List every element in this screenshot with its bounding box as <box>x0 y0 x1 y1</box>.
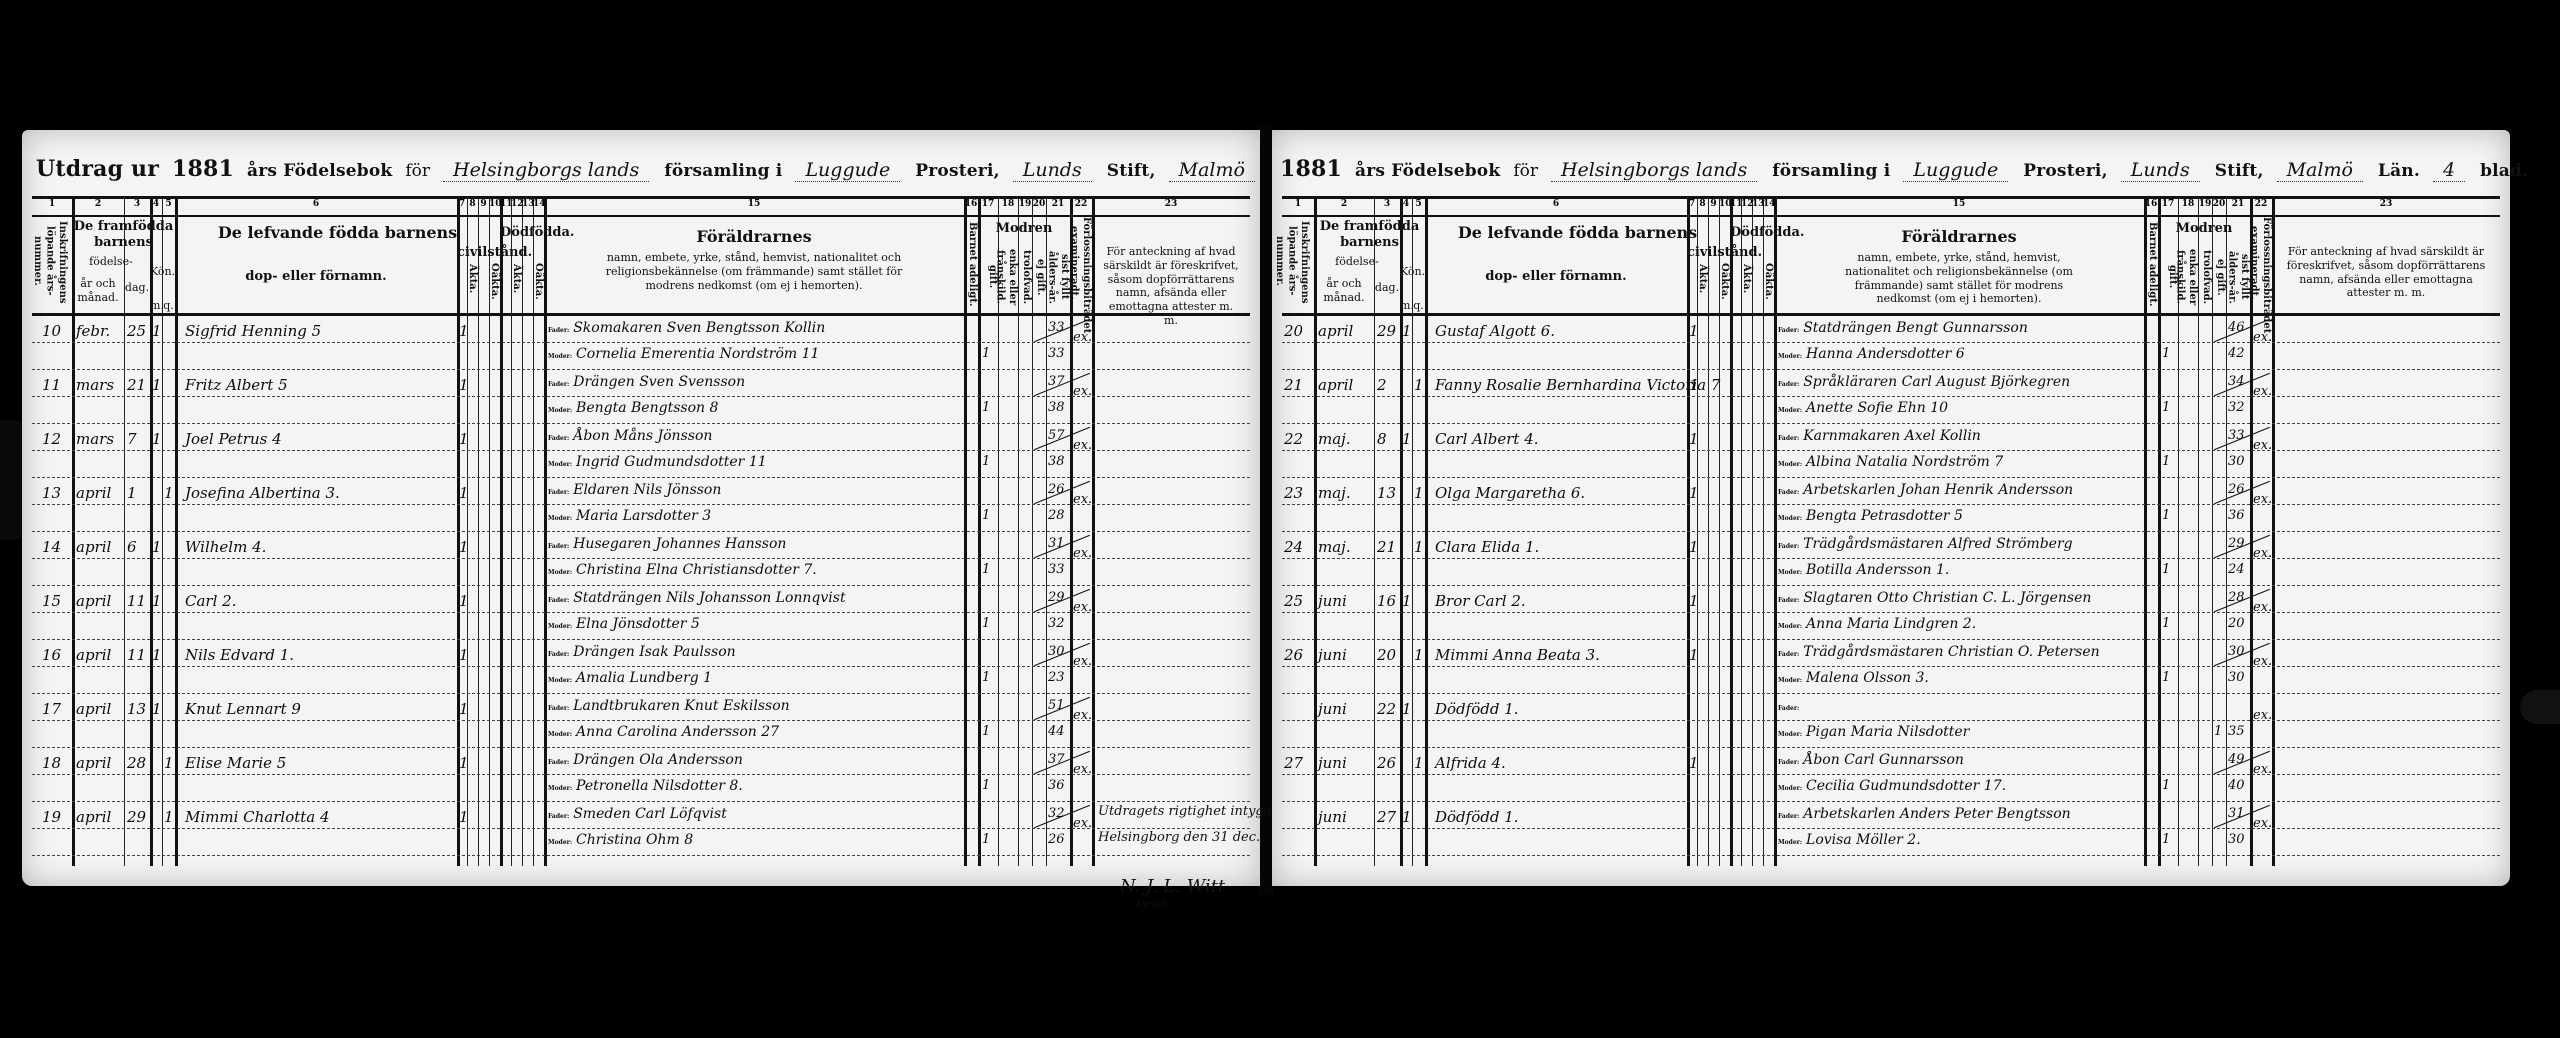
father-name: Slagtaren Otto Christian C. L. Jörgensen <box>1803 590 2091 606</box>
mother-entry: Moder:Bengta Petrasdotter 5 <box>1778 508 1963 524</box>
table-row: juni271Dödfödd 1.Fader:Arbetskarlen Ande… <box>1282 802 2500 856</box>
diocese-name: Lunds <box>1013 159 1092 182</box>
entry-number: 21 <box>1284 376 1303 394</box>
column-number: 21 <box>1046 199 1070 209</box>
entry-number: 22 <box>1284 430 1303 448</box>
sex-marker: 1 <box>1414 376 1424 394</box>
column-number: 5 <box>162 199 175 209</box>
column-number: 11 <box>500 199 511 209</box>
mother-age: 40 <box>2228 778 2245 793</box>
table-row: 22maj.81Carl Albert 4.1Fader:Karnmakaren… <box>1282 424 2500 478</box>
father-entry: Fader:Statdrängen Bengt Gunnarsson <box>1778 320 2028 336</box>
register-table: 1234567891011121314151617181920212223Ins… <box>32 196 1250 866</box>
married-marker: 1 <box>2162 562 2170 577</box>
mother-age: 20 <box>2228 616 2245 631</box>
child-name: Joel Petrus 4 <box>185 430 282 448</box>
entry-number: 23 <box>1284 484 1303 502</box>
county-name: Malmö <box>2277 159 2363 182</box>
column-header: Inskrifningens löpande års-nummer.De fra… <box>1282 215 2500 316</box>
column-number: 7 <box>1687 199 1697 209</box>
sex-marker: 1 <box>1414 484 1424 502</box>
mother-age: 35 <box>2228 724 2245 739</box>
father-entry: Fader:Karnmakaren Axel Kollin <box>1778 428 1981 444</box>
utdrag-label: Utdrag ur <box>36 156 159 182</box>
county-name: Malmö <box>1169 159 1255 182</box>
row-rule <box>32 558 1250 559</box>
father-tag: Fader: <box>548 705 569 712</box>
table-row: 25juni161Bror Carl 2.1Fader:Slagtaren Ot… <box>1282 586 2500 640</box>
birth-day: 28 <box>127 754 146 772</box>
header-parents-desc: namn, embete, yrke, stånd, hemvist, nati… <box>1834 251 2084 306</box>
header-entry-number: Inskrifningens löpande års-nummer. <box>36 221 68 301</box>
mother-name: Petronella Nilsdotter 8. <box>576 778 743 794</box>
birth-day: 20 <box>1377 646 1396 664</box>
column-number: 7 <box>457 199 467 209</box>
midwife-exam: ex. <box>2253 438 2272 453</box>
father-name: Språkläraren Carl August Björkegren <box>1803 374 2070 390</box>
mother-tag: Moder: <box>1778 731 1802 738</box>
mother-tag: Moder: <box>1778 623 1802 630</box>
mother-tag: Moder: <box>548 461 572 468</box>
header-year-month: år och månad. <box>72 277 124 305</box>
legitimate-marker: 1 <box>459 376 469 394</box>
father-entry: Fader:Smeden Carl Löfqvist <box>548 806 727 822</box>
table-row: 16april111Nils Edvard 1.1Fader:Drängen I… <box>32 640 1250 694</box>
child-name: Knut Lennart 9 <box>185 700 301 718</box>
table-row: 14april61Wilhelm 4.1Fader:Husegaren Joha… <box>32 532 1250 586</box>
column-number: 9 <box>478 199 489 209</box>
entry-number: 16 <box>42 646 61 664</box>
father-tag: Fader: <box>1778 813 1799 820</box>
table-row: 11mars211Fritz Albert 51Fader:Drängen Sv… <box>32 370 1250 424</box>
header-mother-status: enka eller frånskild. <box>998 245 1018 309</box>
mother-name: Cornelia Emerentia Nordström 11 <box>576 346 819 362</box>
stift-label: Stift, <box>2215 161 2264 181</box>
header-birth: födelse- <box>72 255 150 269</box>
year: 1881 <box>172 156 234 182</box>
father-tag: Fader: <box>1778 651 1799 658</box>
column-number: 20 <box>1032 199 1046 209</box>
father-tag: Fader: <box>1778 381 1799 388</box>
header-legitimacy: Äkta. <box>1687 263 1708 295</box>
column-number: 4 <box>150 199 162 209</box>
page-title: Utdrag ur 1881 års Födelsebok för Helsin… <box>36 156 1250 192</box>
father-tag: Fader: <box>1778 705 1799 712</box>
row-rule <box>1282 558 2500 559</box>
mother-tag: Moder: <box>548 353 572 360</box>
sex-marker: 1 <box>152 700 162 718</box>
child-name: Carl 2. <box>185 592 236 610</box>
mother-name: Bengta Bengtsson 8 <box>576 400 718 416</box>
midwife-exam: ex. <box>2253 384 2272 399</box>
entry-number: 12 <box>42 430 61 448</box>
header-mother-status: ej gift. <box>1032 245 1046 309</box>
father-entry: Fader:Åbon Carl Gunnarsson <box>1778 752 1964 768</box>
child-name: Dödfödd 1. <box>1435 700 1519 718</box>
header-given-name: dop- eller förnamn. <box>1425 269 1687 285</box>
mother-entry: Moder:Christina Elna Christiansdotter 7. <box>548 562 817 578</box>
child-name: Mimmi Anna Beata 3. <box>1435 646 1600 664</box>
mother-entry: Moder:Hanna Andersdotter 6 <box>1778 346 1965 362</box>
column-number: 2 <box>72 199 124 209</box>
forsamling-label: församling i <box>664 161 782 181</box>
married-marker: 1 <box>2162 616 2170 631</box>
father-name: Statdrängen Bengt Gunnarsson <box>1803 320 2028 336</box>
mother-name: Albina Natalia Nordström 7 <box>1806 454 2003 470</box>
header-female: q. <box>1412 299 1425 313</box>
father-name: Arbetskarlen Anders Peter Bengtsson <box>1803 806 2070 822</box>
entry-number: 14 <box>42 538 61 556</box>
father-name: Drängen Isak Paulsson <box>573 644 735 660</box>
header-mother-status: trolofvad. <box>1018 245 1032 309</box>
legitimate-marker: 1 <box>1689 754 1699 772</box>
birth-day: 6 <box>127 538 137 556</box>
mother-entry: Moder:Anna Carolina Andersson 27 <box>548 724 779 740</box>
header-legitimacy: Oäkta. <box>1708 263 1730 295</box>
header-day: dag. <box>1374 281 1400 295</box>
row-rule <box>32 450 1250 451</box>
married-marker: 1 <box>2162 832 2170 847</box>
header-live-born: De lefvande födda barnens <box>175 223 500 243</box>
mother-name: Malena Olsson 3. <box>1806 670 1929 686</box>
father-name: Drängen Sven Svensson <box>573 374 745 390</box>
mother-age: 32 <box>2228 400 2245 415</box>
header-legitimacy: Oäkta. <box>478 263 500 295</box>
sex-marker: 1 <box>152 538 162 556</box>
header-parents: Föräldrarnes <box>1774 227 2144 247</box>
mother-name: Elna Jönsdotter 5 <box>576 616 700 632</box>
row-rule <box>32 774 1250 775</box>
entry-number: 19 <box>42 808 61 826</box>
row-rule <box>1282 342 2500 343</box>
row-rule <box>32 720 1250 721</box>
header-legitimacy: Oäkta. <box>522 263 544 295</box>
birth-day: 29 <box>1377 322 1396 340</box>
midwife-exam: ex. <box>2253 600 2272 615</box>
father-entry: Fader: <box>1778 698 1803 714</box>
header-legitimacy: Äkta. <box>457 263 478 295</box>
father-name: Landtbrukaren Knut Eskilsson <box>573 698 789 714</box>
entry-number: 13 <box>42 484 61 502</box>
father-name: Eldaren Nils Jönsson <box>573 482 721 498</box>
prosteri-label: Prosteri, <box>915 161 999 181</box>
column-number: 14 <box>1763 199 1774 209</box>
header-civil-status: civilstånd. <box>457 245 500 261</box>
sex-marker: 1 <box>1402 700 1412 718</box>
father-name: Statdrängen Nils Johansson Lonnqvist <box>573 590 845 606</box>
entry-number: 20 <box>1284 322 1303 340</box>
column-number: 6 <box>1425 199 1687 209</box>
father-entry: Fader:Drängen Ola Andersson <box>548 752 743 768</box>
header-notes: För anteckning af hvad särskildt är före… <box>2282 245 2490 300</box>
header-noble: Barnet adeligt. <box>964 219 978 309</box>
header-live-born: De lefvande födda barnens <box>1425 223 1730 243</box>
birth-day: 21 <box>127 376 146 394</box>
married-marker: 1 <box>2162 346 2170 361</box>
father-tag: Fader: <box>548 489 569 496</box>
mother-age: 42 <box>2228 346 2245 361</box>
column-number: 23 <box>1092 199 1250 209</box>
mother-age: 23 <box>1048 670 1065 685</box>
header-mother: Modren <box>2158 221 2250 237</box>
sex-marker: 1 <box>152 646 162 664</box>
birth-day: 11 <box>127 592 146 610</box>
header-midwife: Förlossningsbiträdet examineradt. <box>1070 217 1092 309</box>
mother-entry: Moder:Cecilia Gudmundsdotter 17. <box>1778 778 2006 794</box>
mother-name: Cecilia Gudmundsdotter 17. <box>1806 778 2006 794</box>
mother-age: 30 <box>2228 670 2245 685</box>
row-rule <box>32 342 1250 343</box>
mother-name: Lovisa Möller 2. <box>1806 832 1921 848</box>
left-page: Utdrag ur 1881 års Födelsebok för Helsin… <box>22 130 1260 886</box>
legitimate-marker: 1 <box>459 538 469 556</box>
birth-day: 1 <box>127 484 137 502</box>
header-mother-status: enka eller frånskild. <box>2178 245 2198 309</box>
legitimate-marker: 1 <box>459 430 469 448</box>
child-name: Gustaf Algott 6. <box>1435 322 1555 340</box>
header-male: m. <box>1400 299 1412 313</box>
table-row: 13april11Josefina Albertina 3.1Fader:Eld… <box>32 478 1250 532</box>
midwife-exam: ex. <box>2253 330 2272 345</box>
father-tag: Fader: <box>548 381 569 388</box>
father-name: Drängen Ola Andersson <box>573 752 743 768</box>
forsamling-label: församling i <box>1772 161 1890 181</box>
mother-entry: Moder:Ingrid Gudmundsdotter 11 <box>548 454 767 470</box>
mother-name: Maria Larsdotter 3 <box>576 508 711 524</box>
mother-age: 33 <box>1048 346 1065 361</box>
birth-month: maj. <box>1318 538 1351 556</box>
column-number: 12 <box>511 199 522 209</box>
table-row: 10febr.251Sigfrid Henning 51Fader:Skomak… <box>32 316 1250 370</box>
birth-day: 21 <box>1377 538 1396 556</box>
deanery-name: Luggude <box>795 159 900 182</box>
mother-age: 36 <box>1048 778 1065 793</box>
child-name: Fanny Rosalie Bernhardina Victoria 7 <box>1435 376 1720 394</box>
entry-number: 25 <box>1284 592 1303 610</box>
column-number: 18 <box>998 199 1018 209</box>
legitimate-marker: 1 <box>1689 646 1699 664</box>
table-row: 27juni261Alfrida 4.1Fader:Åbon Carl Gunn… <box>1282 748 2500 802</box>
header-born-children: De framfödda barnens <box>1314 219 1425 252</box>
signature-title: Kyrkoh. <box>1136 900 1171 910</box>
mother-name: Anna Carolina Andersson 27 <box>576 724 779 740</box>
column-number: 8 <box>1697 199 1708 209</box>
midwife-exam: ex. <box>1073 384 1092 399</box>
mother-entry: Moder:Christina Ohm 8 <box>548 832 693 848</box>
header-legitimacy: Oäkta. <box>1752 263 1774 295</box>
mother-entry: Moder:Petronella Nilsdotter 8. <box>548 778 743 794</box>
mother-age: 38 <box>1048 454 1065 469</box>
father-name: Trädgårdsmästaren Alfred Strömberg <box>1803 536 2072 552</box>
mother-name: Bengta Petrasdotter 5 <box>1806 508 1963 524</box>
legitimate-marker: 1 <box>1689 430 1699 448</box>
father-entry: Fader:Språkläraren Carl August Björkegre… <box>1778 374 2070 390</box>
row-rule <box>32 504 1250 505</box>
sex-marker: 1 <box>1402 592 1412 610</box>
column-number: 16 <box>2144 199 2158 209</box>
mother-age: 30 <box>2228 454 2245 469</box>
child-name: Wilhelm 4. <box>185 538 266 556</box>
entry-number: 24 <box>1284 538 1303 556</box>
midwife-exam: ex. <box>2253 762 2272 777</box>
midwife-exam: ex. <box>2253 816 2272 831</box>
legitimate-marker: 1 <box>459 322 469 340</box>
column-number: 15 <box>1774 199 2144 209</box>
header-mother-status: ej gift. <box>2212 245 2226 309</box>
midwife-exam: ex. <box>1073 708 1092 723</box>
sheet-number: 4 <box>2433 159 2465 182</box>
certification-line-2: Helsingborg den 31 dec. <box>1098 830 1260 845</box>
child-name: Bror Carl 2. <box>1435 592 1526 610</box>
prosteri-label: Prosteri, <box>2023 161 2107 181</box>
birth-month: juni <box>1318 754 1347 772</box>
father-tag: Fader: <box>1778 435 1799 442</box>
legitimate-marker: 1 <box>459 700 469 718</box>
midwife-exam: ex. <box>2253 708 2272 723</box>
sex-marker: 1 <box>1414 754 1424 772</box>
father-entry: Fader:Statdrängen Nils Johansson Lonnqvi… <box>548 590 846 606</box>
table-row: 21april21Fanny Rosalie Bernhardina Victo… <box>1282 370 2500 424</box>
column-number: 10 <box>489 199 500 209</box>
mother-entry: Moder:Anette Sofie Ehn 10 <box>1778 400 1948 416</box>
married-marker: 1 <box>2162 400 2170 415</box>
father-entry: Fader:Skomakaren Sven Bengtsson Kollin <box>548 320 825 336</box>
father-entry: Fader:Arbetskarlen Anders Peter Bengtsso… <box>1778 806 2071 822</box>
child-name: Sigfrid Henning 5 <box>185 322 321 340</box>
father-tag: Fader: <box>548 435 569 442</box>
row-rule <box>1282 855 2500 856</box>
stift-label: Stift, <box>1107 161 1156 181</box>
table-row: 23maj.131Olga Margaretha 6.1Fader:Arbets… <box>1282 478 2500 532</box>
legitimate-marker: 1 <box>1689 376 1699 394</box>
column-number: 1 <box>1282 199 1314 209</box>
birth-month: maj. <box>1318 430 1351 448</box>
header-male: m. <box>150 299 162 313</box>
birth-month: april <box>76 592 111 610</box>
legitimate-marker: 1 <box>459 592 469 610</box>
register-table: 1234567891011121314151617181920212223Ins… <box>1282 196 2500 866</box>
sex-marker: 1 <box>1402 430 1412 448</box>
midwife-exam: ex. <box>1073 438 1092 453</box>
column-number: 11 <box>1730 199 1741 209</box>
certification-line-1: Utdragets rigtighet intyga <box>1098 804 1272 819</box>
birth-month: juni <box>1318 808 1347 826</box>
mother-age: 26 <box>1048 832 1065 847</box>
row-rule <box>1282 666 2500 667</box>
mother-entry: Moder:Albina Natalia Nordström 7 <box>1778 454 2003 470</box>
mother-tag: Moder: <box>548 407 572 414</box>
mother-tag: Moder: <box>548 569 572 576</box>
midwife-exam: ex. <box>1073 330 1092 345</box>
father-entry: Fader:Åbon Måns Jönsson <box>548 428 712 444</box>
header-legitimacy: Äkta. <box>1730 263 1752 295</box>
blad-label: blad. <box>2480 161 2528 181</box>
parish-name: Helsingborgs lands <box>1551 159 1757 182</box>
birth-month: juni <box>1318 592 1347 610</box>
birth-month: mars <box>76 376 114 394</box>
married-marker: 1 <box>982 832 990 847</box>
right-page: 1881 års Födelsebok för Helsingborgs lan… <box>1272 130 2510 886</box>
header-midwife: Förlossningsbiträdet examineradt. <box>2250 217 2272 309</box>
legitimate-marker: 1 <box>1689 592 1699 610</box>
legitimate-marker: 1 <box>459 484 469 502</box>
mother-name: Pigan Maria Nilsdotter <box>1806 724 1969 740</box>
for-label: för <box>405 161 430 181</box>
married-marker: 1 <box>2162 508 2170 523</box>
mother-tag: Moder: <box>548 623 572 630</box>
column-number: 10 <box>1719 199 1730 209</box>
mother-age: 32 <box>1048 616 1065 631</box>
mother-age: 38 <box>1048 400 1065 415</box>
table-row: 17april131Knut Lennart 91Fader:Landtbruk… <box>32 694 1250 748</box>
legitimate-marker: 1 <box>459 808 469 826</box>
child-name: Mimmi Charlotta 4 <box>185 808 330 826</box>
mother-tag: Moder: <box>1778 353 1802 360</box>
father-entry: Fader:Drängen Sven Svensson <box>548 374 745 390</box>
mother-entry: Moder:Amalia Lundberg 1 <box>548 670 712 686</box>
column-number: 22 <box>1070 199 1092 209</box>
married-marker: 1 <box>982 724 990 739</box>
entry-number: 17 <box>42 700 61 718</box>
year: 1881 <box>1280 156 1342 182</box>
header-stillborn: Dödfödda. <box>500 225 544 241</box>
column-number: 13 <box>522 199 533 209</box>
column-number: 14 <box>533 199 544 209</box>
sex-marker: 1 <box>1414 646 1424 664</box>
midwife-exam: ex. <box>1073 654 1092 669</box>
header-day: dag. <box>124 281 150 295</box>
mother-name: Christina Elna Christiansdotter 7. <box>576 562 817 578</box>
mother-tag: Moder: <box>548 515 572 522</box>
birth-day: 13 <box>1377 484 1396 502</box>
column-number: 9 <box>1708 199 1719 209</box>
father-name: Åbon Carl Gunnarsson <box>1803 752 1964 768</box>
birth-day: 26 <box>1377 754 1396 772</box>
column-number: 5 <box>1412 199 1425 209</box>
mother-name: Hanna Andersdotter 6 <box>1806 346 1965 362</box>
legitimate-marker: 1 <box>459 754 469 772</box>
father-name: Husegaren Johannes Hansson <box>573 536 786 552</box>
father-tag: Fader: <box>1778 489 1799 496</box>
row-rule <box>1282 612 2500 613</box>
father-name: Åbon Måns Jönsson <box>573 428 712 444</box>
married-marker: 1 <box>982 400 990 415</box>
midwife-exam: ex. <box>1073 762 1092 777</box>
column-header: Inskrifningens löpande års-nummer.De fra… <box>32 215 1250 316</box>
sex-marker: 1 <box>152 322 162 340</box>
birth-month: april <box>76 754 111 772</box>
birth-day: 27 <box>1377 808 1396 826</box>
birth-day: 22 <box>1377 700 1396 718</box>
married-marker: 1 <box>2162 670 2170 685</box>
father-tag: Fader: <box>1778 759 1799 766</box>
header-year-month: år och månad. <box>1314 277 1374 305</box>
parish-name: Helsingborgs lands <box>443 159 649 182</box>
header-legitimacy: Äkta. <box>500 263 522 295</box>
mother-name: Botilla Andersson 1. <box>1806 562 1949 578</box>
row-rule <box>32 666 1250 667</box>
birth-month: juni <box>1318 700 1347 718</box>
birth-month: april <box>76 646 111 664</box>
mother-age: 44 <box>1048 724 1065 739</box>
midwife-exam: ex. <box>1073 600 1092 615</box>
father-name: Arbetskarlen Johan Henrik Andersson <box>1803 482 2073 498</box>
column-number: 3 <box>124 199 150 209</box>
column-number: 15 <box>544 199 964 209</box>
child-name: Josefina Albertina 3. <box>185 484 340 502</box>
mother-entry: Moder:Anna Maria Lindgren 2. <box>1778 616 1976 632</box>
married-marker: 1 <box>982 616 990 631</box>
